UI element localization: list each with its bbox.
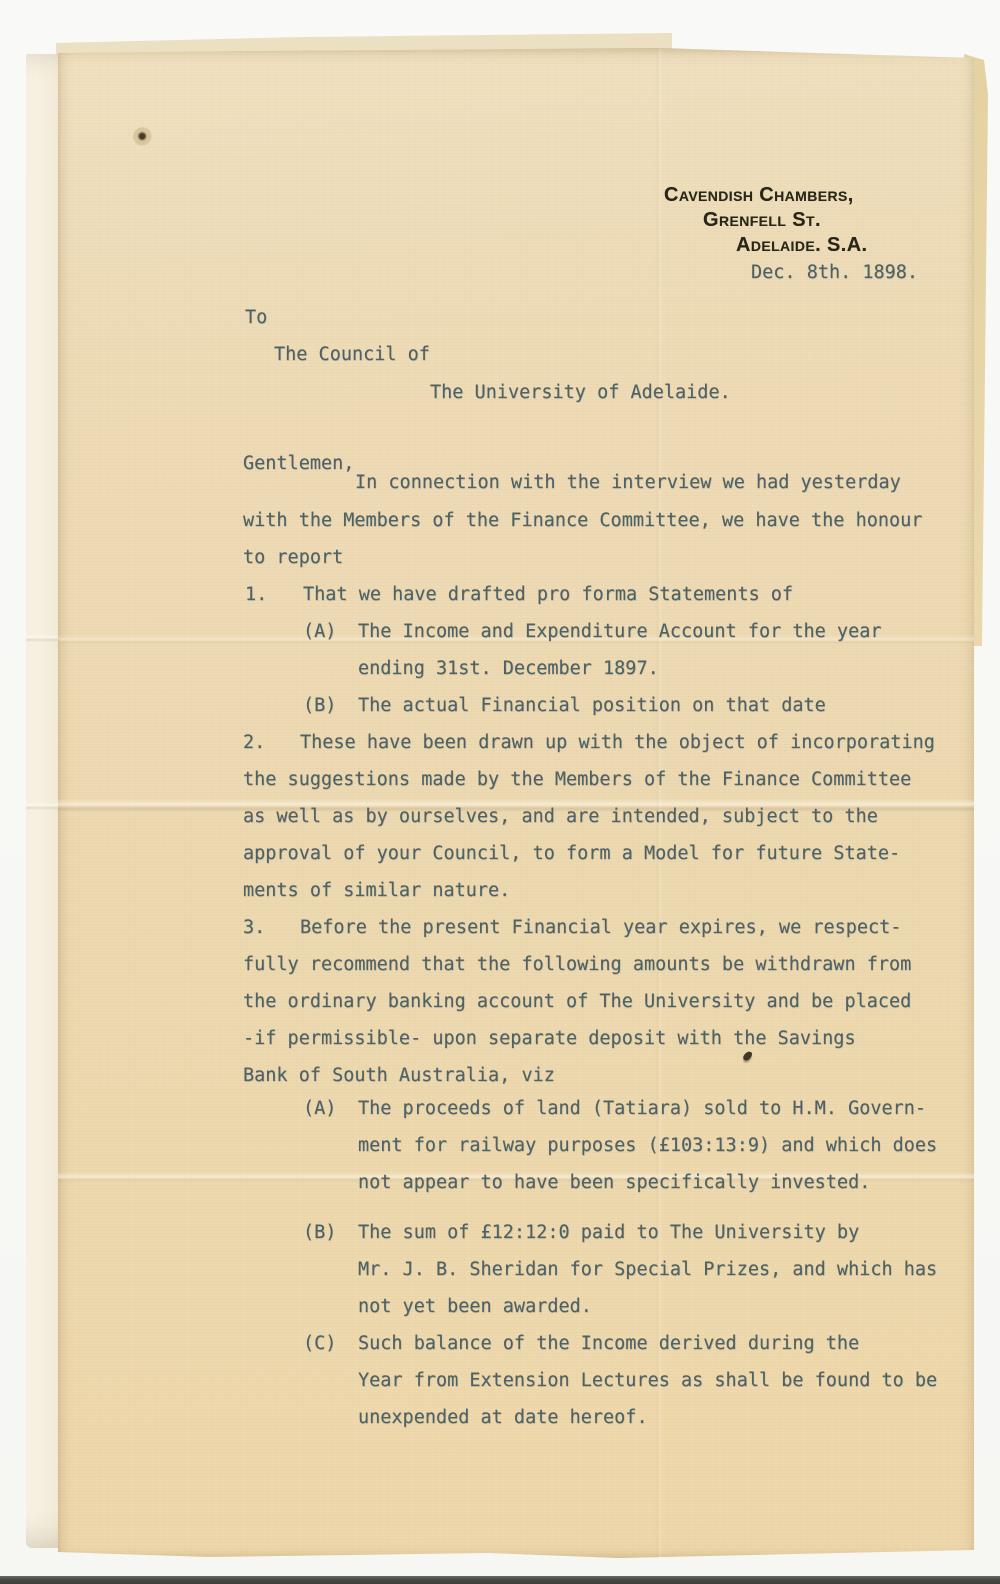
scanned-letter-page: Cavendish Chambers, Grenfell St. Adelaid… bbox=[0, 0, 1000, 1584]
letter-line: In connection with the interview we had … bbox=[355, 471, 901, 494]
letter-line: Year from Extension Lectures as shall be… bbox=[358, 1369, 937, 1392]
letter-line: approval of your Council, to form a Mode… bbox=[243, 842, 900, 865]
letter-line: Mr. J. B. Sheridan for Special Prizes, a… bbox=[358, 1258, 937, 1281]
letterhead-street: Grenfell St. bbox=[703, 209, 821, 232]
salutation: Gentlemen, bbox=[243, 452, 354, 475]
letter-date: Dec. 8th. 1898. bbox=[751, 261, 918, 284]
letter-line: Bank of South Australia, viz bbox=[243, 1064, 555, 1087]
recipient-line: The Council of bbox=[274, 343, 430, 366]
pin-hole bbox=[133, 127, 153, 147]
letter-line: The sum of £12:12:0 paid to The Universi… bbox=[358, 1221, 859, 1244]
recipient-to: To bbox=[245, 306, 267, 329]
letter-line: to report bbox=[243, 546, 343, 569]
letter-line: -if permissible- upon separate deposit w… bbox=[243, 1027, 856, 1050]
letter-line: The Income and Expenditure Account for t… bbox=[358, 620, 881, 643]
list-number: 3. bbox=[243, 916, 265, 939]
letter-line: ments of similar nature. bbox=[243, 879, 510, 902]
letter-line: unexpended at date hereof. bbox=[358, 1406, 648, 1429]
letter-line: the ordinary banking account of The Univ… bbox=[243, 990, 911, 1013]
letter-line: as well as by ourselves, and are intende… bbox=[243, 805, 878, 828]
list-number: 1. bbox=[245, 583, 267, 606]
letter-line: the suggestions made by the Members of t… bbox=[243, 768, 911, 791]
scanner-edge-bar bbox=[0, 1576, 1000, 1584]
letter-line: The proceeds of land (Tatiara) sold to H… bbox=[358, 1097, 926, 1120]
letter-line: These have been drawn up with the object… bbox=[300, 731, 935, 754]
letter-line: with the Members of the Finance Committe… bbox=[243, 509, 922, 532]
letter-line: That we have drafted pro forma Statement… bbox=[303, 583, 793, 606]
letterhead-organization: Cavendish Chambers, bbox=[664, 184, 854, 207]
letter-line: not appear to have been specifically inv… bbox=[358, 1171, 870, 1194]
list-label: (B) bbox=[303, 694, 336, 717]
list-number: 2. bbox=[243, 731, 265, 754]
letter-line: fully recommend that the following amoun… bbox=[243, 953, 911, 976]
recipient-line: The University of Adelaide. bbox=[430, 381, 731, 404]
letter-line: The actual Financial position on that da… bbox=[358, 694, 826, 717]
list-label: (A) bbox=[303, 1097, 336, 1120]
letter-line: not yet been awarded. bbox=[358, 1295, 592, 1318]
list-label: (B) bbox=[303, 1221, 336, 1244]
letter-line: ending 31st. December 1897. bbox=[358, 657, 659, 680]
letter-line: Such balance of the Income derived durin… bbox=[358, 1332, 859, 1355]
letterhead-city: Adelaide. S.A. bbox=[736, 234, 868, 257]
list-label: (C) bbox=[303, 1332, 336, 1355]
list-label: (A) bbox=[303, 620, 336, 643]
letter-line: Before the present Financial year expire… bbox=[300, 916, 901, 939]
letter-line: ment for railway purposes (£103:13:9) an… bbox=[358, 1134, 937, 1157]
